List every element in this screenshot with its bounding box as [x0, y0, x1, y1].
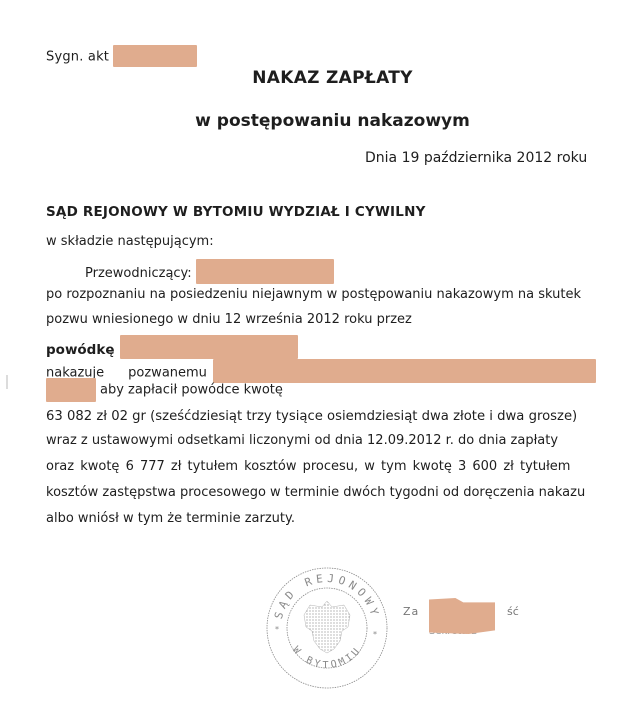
amount-line: 63 082 zł 02 gr (sześćdziesiąt trzy tysi…: [46, 409, 577, 424]
case-number-label: Sygn. akt: [46, 50, 109, 65]
plaintiff-label: powódkę: [46, 342, 114, 358]
document-subtitle: w postępowaniu nakazowym: [0, 111, 639, 131]
body-line-2: pozwu wniesionego w dniu 12 września 201…: [46, 312, 412, 327]
svg-text:*: *: [373, 630, 377, 639]
court-name: SĄD REJONOWY W BYTOMIU WYDZIAŁ I CYWILNY: [46, 204, 426, 220]
chair-name-redaction: [196, 259, 334, 284]
scan-margin-mark: [6, 375, 8, 389]
signature-suffix: ść: [507, 605, 519, 618]
composition-label: w składzie następującym:: [46, 234, 214, 249]
chair-label: Przewodniczący:: [85, 266, 192, 281]
costs-line: oraz kwotę 6 777 zł tytułem kosztów proc…: [46, 459, 570, 474]
plaintiff-name-redaction: [120, 335, 298, 359]
court-stamp: SĄD REJONOWY W BYTOMIU * *: [264, 565, 390, 691]
interest-line: wraz z ustawowymi odsetkami liczonymi od…: [46, 433, 558, 448]
signature-block: Za Sekretarz ść: [403, 598, 513, 644]
eagle-emblem-icon: [304, 601, 350, 653]
document-title: NAKAZ ZAPŁATY: [0, 68, 639, 88]
svg-text:*: *: [275, 625, 279, 634]
defendant-name-continued-redaction: [46, 378, 96, 402]
signature-prefix: Za: [403, 605, 419, 618]
costs-line-2: kosztów zastępstwa procesowego w termini…: [46, 485, 585, 500]
body-line-1: po rozpoznaniu na posiedzeniu niejawnym …: [46, 287, 581, 302]
signature-redaction: [429, 598, 495, 634]
case-number: Sygn. akt: [46, 46, 197, 68]
document-date: Dnia 19 października 2012 roku: [365, 150, 587, 166]
case-number-redaction: [113, 45, 197, 67]
objection-line: albo wniósł w tym że terminie zarzuty.: [46, 511, 295, 526]
pay-line: aby zapłacił powódce kwotę: [46, 378, 283, 402]
chair-line: Przewodniczący:: [85, 261, 334, 286]
court-stamp-seal-icon: SĄD REJONOWY W BYTOMIU * *: [264, 565, 390, 691]
pay-text: aby zapłacił powódce kwotę: [100, 383, 283, 398]
